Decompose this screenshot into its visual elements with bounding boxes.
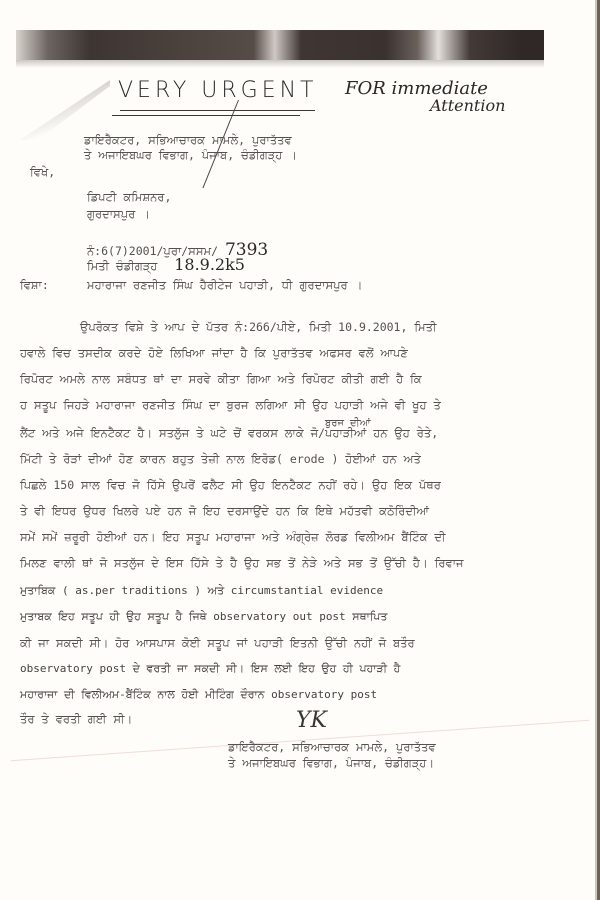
reference-date: ਮਿਤੀ ਚੰਡੀਗੜ੍ਹ 18.9.2k5 — [87, 255, 245, 274]
body-line: ਤੇ ਵੀ ਇਧਰ ਉਧਰ ਖਿਲਰੇ ਪਏ ਹਨ ਜੋ ਇਹ ਦਰਸਾਉਂਦੇ… — [20, 504, 429, 519]
body-line: ਲੈਂਟ ਅਤੇ ਅਜੇ ਇਨਟੈਕਟ ਹੈ। ਸਤਲੁੱਜ ਤੇ ਘਟੇ ਚੋ… — [20, 426, 438, 441]
sender-line-1: ਡਾਇਰੈਕਟਰ, ਸਭਿਆਚਾਰਕ ਮਾਮਲੇ, ਪੁਰਾਤੱਤਵ — [84, 133, 292, 148]
reference-date-label: ਮਿਤੀ ਚੰਡੀਗੜ੍ਹ — [87, 259, 157, 273]
subject-text: ਮਹਾਰਾਜਾ ਰਣਜੀਤ ਸਿੰਘ ਹੈਰੀਟੇਜ ਪਹਾੜੀ, ਧੀ ਗੁਰ… — [87, 278, 362, 293]
folded-corner-shadow — [20, 80, 110, 140]
urgent-underline-2 — [112, 115, 300, 116]
body-line: ਹਵਾਲੇ ਵਿਚ ਤਸਦੀਕ ਕਰਦੇ ਹੋਏ ਲਿਖਿਆ ਜਾਂਦਾ ਹੈ … — [20, 346, 408, 361]
salutation: ਵਿਖੇ, — [30, 165, 55, 180]
sender-line-2: ਤੇ ਅਜਾਇਬਘਰ ਵਿਭਾਗ, ਪੰਜਾਬ, ਚੰਡੀਗੜ੍ਹ । — [84, 148, 297, 163]
body-line: ਪਿਛਲੇ 150 ਸਾਲ ਵਿਚ ਜੋ ਹਿੱਸੇ ਉਪਰੋਂ ਫਲੈਟ ਸੀ… — [20, 478, 441, 493]
body-line: ਤੌਰ ਤੇ ਵਰਤੀ ਗਈ ਸੀ। — [20, 712, 132, 727]
scan-band-fade — [16, 60, 544, 68]
attention-annotation: Attention — [430, 96, 505, 115]
body-line: ਸਮੇਂ ਸਮੇਂ ਜ਼ਰੂਰੀ ਹੋਈਆਂ ਹਨ। ਇਹ ਸਤੂਪ ਮਹਾਰਾ… — [20, 530, 446, 545]
body-line: ਉਪਰੋਕਤ ਵਿਸ਼ੇ ਤੇ ਆਪ ਦੇ ਪੱਤਰ ਨੰ:266/ਪੀਏ, ਮ… — [80, 320, 436, 335]
very-urgent-annotation: VERY URGENT — [118, 78, 318, 103]
recipient-line-2: ਗੁਰਦਾਸਪੁਰ । — [87, 207, 150, 222]
body-line: ਮਿਲਣ ਵਾਲੀ ਥਾਂ ਜੋ ਸਤਲੁੱਜ ਦੇ ਇਸ ਹਿੱਸੇ ਤੇ ਹ… — [20, 556, 464, 571]
recipient-line-1: ਡਿਪਟੀ ਕਮਿਸ਼ਨਰ, — [87, 190, 171, 205]
body-line: ਮਿੱਟੀ ਤੇ ਰੋੜਾਂ ਦੀਆਂ ਹੋਣ ਕਾਰਨ ਬਹੁਤ ਤੇਜ਼ੀ … — [20, 452, 421, 467]
scan-dark-band — [16, 30, 544, 60]
body-line: observatory post ਦੇ ਵਰਤੀ ਜਾ ਸਕਦੀ ਸੀ। ਇਸ … — [20, 662, 400, 676]
body-line: ਰਿਪੋਰਟ ਅਮਲੇ ਨਾਲ ਸਬੰਧਤ ਥਾਂ ਦਾ ਸਰਵੇ ਕੀਤਾ ਗ… — [20, 372, 422, 387]
body-line: ਕੀ ਜਾ ਸਕਦੀ ਸੀ। ਹੋਰ ਆਸਪਾਸ ਕੋਈ ਸਤੂਪ ਜਾਂ ਪਹ… — [20, 636, 415, 651]
reference-date-value: 18.9.2k5 — [174, 255, 245, 274]
urgent-underline-1 — [120, 110, 315, 111]
signatory-line-1: ਡਾਇਰੈਕਟਰ, ਸਭਿਆਚਾਰਕ ਮਾਮਲੇ, ਪੁਰਾਤੱਤਵ — [228, 740, 436, 755]
body-line: ਮੁਤਾਬਕ ਇਹ ਸਤੂਪ ਹੀ ਉਹ ਸਤੂਪ ਹੈ ਜਿਥੇ observ… — [20, 610, 387, 624]
signatory-line-2: ਤੇ ਅਜਾਇਬਘਰ ਵਿਭਾਗ, ਪੰਜਾਬ, ਚੰਡੀਗੜ੍ਹ। — [228, 756, 434, 771]
subject-label: ਵਿਸ਼ਾ: — [20, 278, 49, 293]
body-line: ਹ ਸਤੂਪ ਜਿਹੜੇ ਮਹਾਰਾਜਾ ਰਣਜੀਤ ਸਿੰਘ ਦਾ ਬੁਰਜ … — [20, 398, 441, 413]
body-line: ਮੁਤਾਬਿਕ ( as.per traditions ) ਅਤੇ circum… — [20, 584, 383, 598]
signature: YK — [296, 708, 327, 733]
scanned-letter-page: VERY URGENT FOR immediate Attention ਡਾਇਰ… — [0, 0, 600, 900]
body-line: ਮਹਾਰਾਜਾ ਦੀ ਵਿਲੀਅਮ-ਬੈਂਟਿੰਕ ਨਾਲ ਹੋਈ ਮੀਟਿੰਗ… — [20, 688, 377, 702]
